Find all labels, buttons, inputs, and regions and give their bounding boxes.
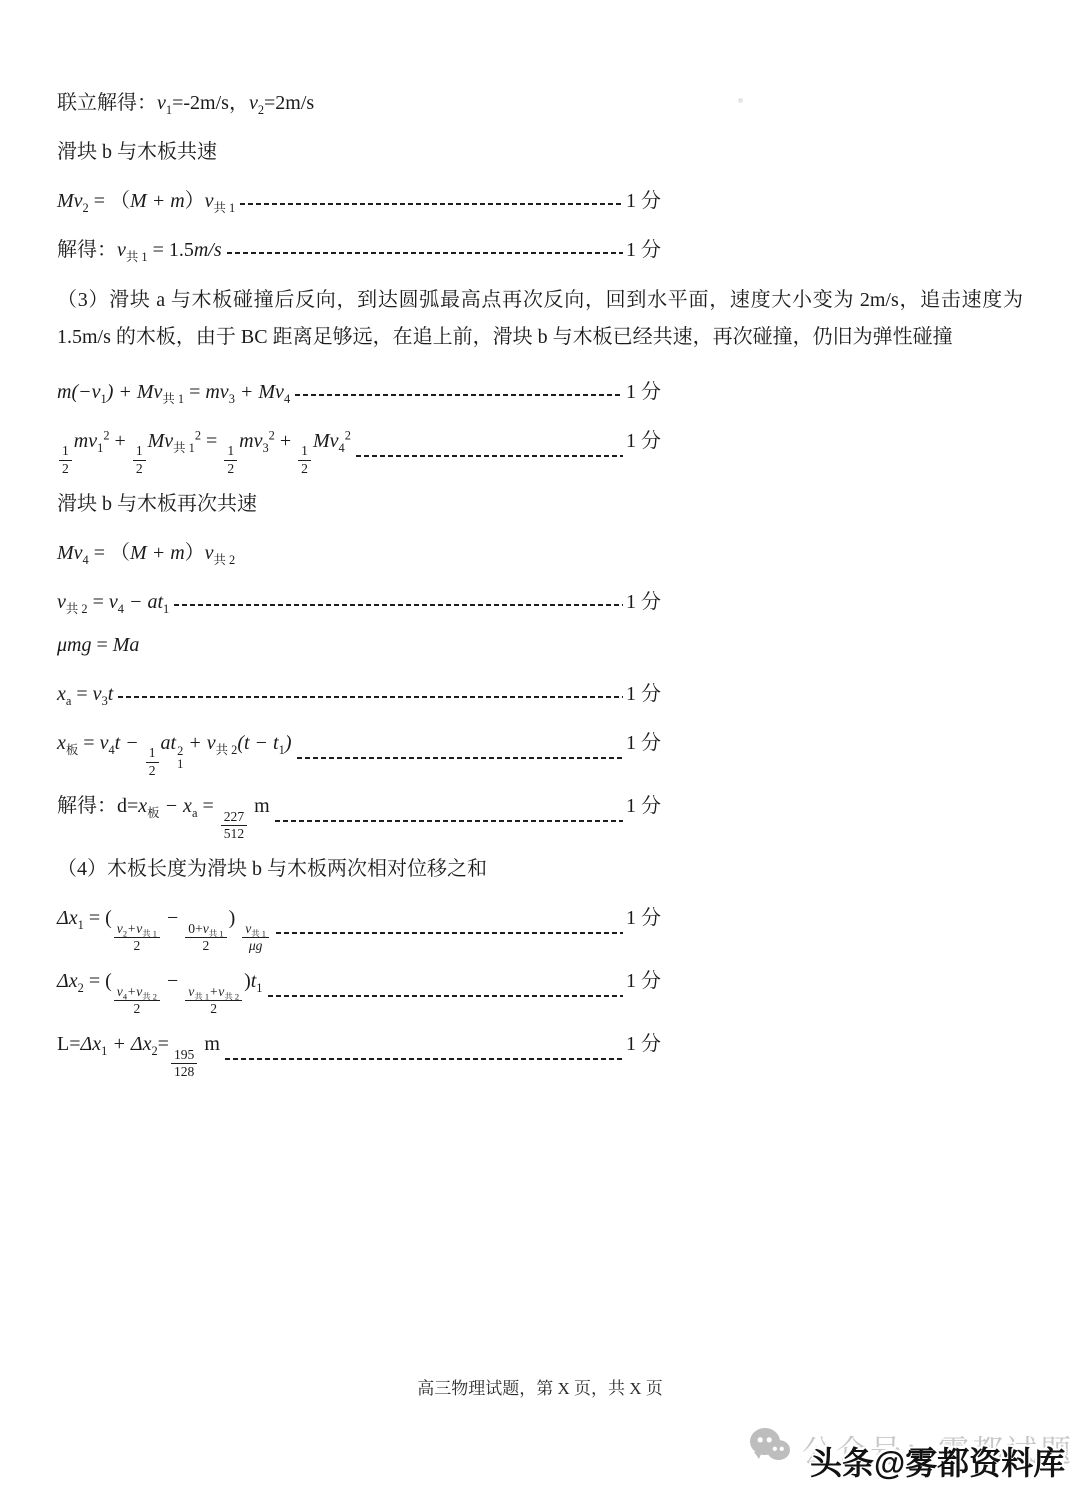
line-label: 解得： xyxy=(57,795,117,817)
fraction-result: 195128 xyxy=(171,1047,197,1081)
math-var: μg xyxy=(249,938,263,953)
score-label: 1 分 xyxy=(626,726,661,755)
math-op: − xyxy=(162,907,183,929)
formula-line-mv4: Mv4 = （M + m）v共 2 xyxy=(57,536,1023,565)
math-var: Δx xyxy=(57,907,78,929)
math-superscript: 2 xyxy=(345,428,351,442)
formula: x板 = v4t − 12at21 + v共 2(t − t1) xyxy=(57,732,292,779)
math-var: Mv xyxy=(313,430,339,452)
formula-line-mv2: Mv2 = （M + m）v共 1 1 分 xyxy=(57,184,661,213)
math-op: ) xyxy=(244,970,251,992)
mixed-line: 联立解得：v1=-2m/s，v2=2m/s xyxy=(57,86,314,115)
formula: Δx1 = (v2+v共 12 − 0+v共 12) v共 1μg xyxy=(57,907,271,954)
dash-leader xyxy=(356,455,623,457)
math-unit: m xyxy=(249,795,270,817)
math-var: Δx xyxy=(81,1033,102,1055)
math-var: ) xyxy=(285,732,292,754)
paren-open: （ xyxy=(110,190,130,212)
math-op: = xyxy=(158,1033,169,1055)
math-subscript: 4 xyxy=(338,441,344,455)
math-segment: L= xyxy=(57,1033,81,1055)
math-op: = xyxy=(88,591,109,613)
document-page: 联立解得：v1=-2m/s，v2=2m/s 滑块 b 与木板共速 Mv2 = （… xyxy=(0,0,1080,1495)
math-var: x xyxy=(57,732,66,754)
fraction-numerator: 195 xyxy=(171,1047,197,1064)
math-var: v xyxy=(205,542,214,564)
text-line: 滑块 b 与木板再次共速 xyxy=(57,487,257,516)
score-label: 1 分 xyxy=(626,233,661,262)
formula-line-distance: 解得：d=x板 − xa = 227512 m 1 分 xyxy=(57,789,661,842)
math-var: +v xyxy=(209,984,224,999)
dash-leader xyxy=(174,604,623,606)
dash-leader xyxy=(275,820,623,822)
fraction-numerator: 0+v共 1 xyxy=(185,921,226,938)
math-op: = ( xyxy=(84,970,112,992)
fraction-denominator: 2 xyxy=(224,461,237,477)
math-subscript: 共 1 xyxy=(126,250,148,264)
fraction-denominator: 2 xyxy=(131,1001,144,1017)
math-subscript: 共 2 xyxy=(224,991,239,1001)
dash-leader xyxy=(276,932,623,934)
math-var: v xyxy=(117,239,126,261)
dash-leader xyxy=(118,696,623,698)
math-segment: d= xyxy=(117,795,138,817)
score-label: 1 分 xyxy=(626,375,661,404)
fraction-denominator: 2 xyxy=(200,938,213,954)
text-line-part4: （4）木板长度为滑块 b 与木板两次相对位移之和 xyxy=(57,852,1023,881)
fraction-term1: v4+v共 22 xyxy=(114,984,160,1018)
math-op: − xyxy=(162,970,183,992)
formula-line-xa: xa = v3t 1 分 xyxy=(57,677,661,706)
math-var: t xyxy=(108,683,114,705)
fraction-term3: v共 1μg xyxy=(242,921,269,955)
paren-close: ） xyxy=(185,542,205,564)
fraction-denominator: 512 xyxy=(221,826,247,842)
fraction-numerator: 227 xyxy=(221,809,247,826)
fraction-denominator: 2 xyxy=(59,461,72,477)
fraction-half: 12 xyxy=(298,443,311,477)
score-label: 1 分 xyxy=(626,585,661,614)
math-op: = xyxy=(197,795,218,817)
formula: Δx2 = (v4+v共 22 − v共 1+v共 22)t1 xyxy=(57,970,263,1017)
math-var: Mv xyxy=(148,430,174,452)
math-var: Mv xyxy=(57,190,83,212)
math-unit: m/s xyxy=(194,239,222,261)
math-subscript: 板 xyxy=(147,806,159,820)
formula: m(−v1) + Mv共 1 = mv3 + Mv4 xyxy=(57,381,290,404)
formula: L=Δx1 + Δx2=195128 m xyxy=(57,1033,220,1080)
math-subscript: 共 1 xyxy=(162,392,184,406)
math-var: M + m xyxy=(130,190,185,212)
formula: 解得：d=x板 − xa = 227512 m xyxy=(57,789,270,842)
math-var: Δx xyxy=(57,970,78,992)
math-op: + xyxy=(275,430,296,452)
score-label: 1 分 xyxy=(626,677,661,706)
formula-line-dx1: Δx1 = (v2+v共 12 − 0+v共 12) v共 1μg 1 分 xyxy=(57,901,661,954)
paren-open: （ xyxy=(110,542,130,564)
comma: ， xyxy=(229,92,249,114)
score-label: 1 分 xyxy=(626,789,661,818)
chat-bubble-small xyxy=(767,1440,790,1460)
math-var: μmg xyxy=(57,634,91,656)
score-label: 1 分 xyxy=(626,901,661,930)
math-var: v xyxy=(205,190,214,212)
math-var: x xyxy=(57,683,66,705)
math-var: v xyxy=(93,683,102,705)
math-op: = 1.5 xyxy=(148,239,194,261)
math-var: ) + Mv xyxy=(107,381,163,403)
math-segment: 0+ xyxy=(188,921,202,936)
fraction-half: 12 xyxy=(146,745,159,779)
math-var: +v xyxy=(127,984,142,999)
fraction-numerator: v共 1 xyxy=(242,921,269,938)
fraction-denominator: μg xyxy=(246,938,266,954)
math-op: = xyxy=(89,190,110,212)
math-var: +v xyxy=(127,921,142,936)
score-label: 1 分 xyxy=(626,964,661,993)
math-subscript: 共 2 xyxy=(216,743,238,757)
formula-line-xban: x板 = v4t − 12at21 + v共 2(t − t1) 1 分 xyxy=(57,726,661,779)
formula-line-dx2: Δx2 = (v4+v共 22 − v共 1+v共 22)t1 1 分 xyxy=(57,964,661,1017)
fraction-denominator: 2 xyxy=(146,763,159,779)
math-subscript: 共 1 xyxy=(142,928,157,938)
math-subscript: 共 1 xyxy=(194,991,209,1001)
fraction-numerator: 1 xyxy=(146,745,159,762)
math-segment: =-2m/s xyxy=(172,92,229,114)
math-op: = xyxy=(89,542,110,564)
math-var: + Δx xyxy=(107,1033,151,1055)
dash-leader xyxy=(227,252,623,254)
dash-leader xyxy=(295,394,623,396)
paragraph-part3: （3）滑块 a 与木板碰撞后反向，到达圆弧最高点再次反向，回到水平面，速度大小变… xyxy=(57,282,1023,356)
math-var: − x xyxy=(160,795,192,817)
fraction-numerator: v共 1+v共 2 xyxy=(185,984,242,1001)
math-subscript: 共 1 xyxy=(209,928,224,938)
dash-leader xyxy=(240,203,623,205)
math-var: v xyxy=(57,591,66,613)
dash-leader xyxy=(225,1058,623,1060)
math-op: = xyxy=(91,634,112,656)
math-subscript: 共 1 xyxy=(214,201,236,215)
math-subscript: 共 1 xyxy=(251,928,266,938)
math-var: Mv xyxy=(57,542,83,564)
text-line-solve: 联立解得：v1=-2m/s，v2=2m/s xyxy=(57,86,1023,115)
fraction-denominator: 2 xyxy=(133,461,146,477)
fraction-numerator: 1 xyxy=(133,443,146,460)
dash-leader xyxy=(268,995,624,997)
text-line-common-speed: 滑块 b 与木板共速 xyxy=(57,135,1023,164)
formula-line-friction: μmg = Ma xyxy=(57,634,1023,657)
math-subscript: 共 1 xyxy=(173,441,195,455)
line-label: 联立解得： xyxy=(57,92,157,114)
math-subscript: 1 xyxy=(97,441,103,455)
formula: Mv2 = （M + m）v共 1 xyxy=(57,184,235,213)
math-var: v xyxy=(109,591,118,613)
math-var: x xyxy=(138,795,147,817)
math-var: (t − t xyxy=(237,732,278,754)
fraction-result: 227512 xyxy=(221,809,247,843)
text-line-common-speed-again: 滑块 b 与木板再次共速 xyxy=(57,487,1023,516)
text-line: 滑块 b 与木板共速 xyxy=(57,135,217,164)
fraction-denominator: 128 xyxy=(171,1064,197,1080)
math-subscript: 4 xyxy=(284,392,290,406)
fraction-term1: v2+v共 12 xyxy=(114,921,160,955)
formula-line-vcommon2: v共 2 = v4 − at1 1 分 xyxy=(57,585,661,614)
math-var: + Mv xyxy=(235,381,284,403)
math-op: + xyxy=(110,430,131,452)
formula: 解得：v共 1 = 1.5m/s xyxy=(57,233,222,262)
fraction-numerator: v4+v共 2 xyxy=(114,984,160,1001)
wechat-icon xyxy=(750,1428,798,1470)
math-subscript: 1 xyxy=(177,758,183,771)
math-subscript: 1 xyxy=(256,981,262,995)
formula: xa = v3t xyxy=(57,683,113,706)
watermark-black-text: 头条@雾都资料库 xyxy=(810,1438,1065,1484)
formula: v共 2 = v4 − at1 xyxy=(57,591,169,614)
math-subscript: 3 xyxy=(262,441,268,455)
formula: Mv4 = （M + m）v共 2 xyxy=(57,536,235,565)
math-op: = xyxy=(78,732,99,754)
fraction-numerator: 1 xyxy=(59,443,72,460)
score-label: 1 分 xyxy=(626,1027,661,1056)
formula-line-v-common1: 解得：v共 1 = 1.5m/s 1 分 xyxy=(57,233,661,262)
math-op: = xyxy=(201,430,222,452)
math-subscript: 共 2 xyxy=(214,553,236,567)
fraction-term2: 0+v共 12 xyxy=(185,921,226,955)
page-footer: 高三物理试题，第 X 页，共 X 页 xyxy=(0,1374,1080,1399)
math-subscript: 共 2 xyxy=(66,602,88,616)
math-op: = ( xyxy=(84,907,112,929)
math-var: m(−v xyxy=(57,381,100,403)
text-line: （4）木板长度为滑块 b 与木板两次相对位移之和 xyxy=(57,852,487,881)
math-var: t − xyxy=(115,732,144,754)
score-label: 1 分 xyxy=(626,184,661,213)
math-var: M + m xyxy=(130,542,185,564)
score-label: 1 分 xyxy=(626,424,661,453)
watermark: 公众号：雾都试题 头条@雾都资料库 xyxy=(744,1420,1080,1490)
footer-text: 高三物理试题，第 X 页，共 X 页 xyxy=(417,1379,663,1398)
line-label: 解得： xyxy=(57,239,117,261)
fraction-half: 12 xyxy=(224,443,237,477)
dash-leader xyxy=(297,757,624,759)
answer-content: 联立解得：v1=-2m/s，v2=2m/s 滑块 b 与木板共速 Mv2 = （… xyxy=(57,86,1023,1090)
formula: μmg = Ma xyxy=(57,634,139,657)
math-op: = xyxy=(71,683,92,705)
fraction-half: 12 xyxy=(59,443,72,477)
math-var: + v xyxy=(183,732,215,754)
fraction-numerator: v2+v共 1 xyxy=(114,921,160,938)
math-subscript: 共 2 xyxy=(142,991,157,1001)
math-var: − at xyxy=(124,591,163,613)
math-var: at xyxy=(161,732,177,754)
fraction-term2: v共 1+v共 22 xyxy=(185,984,242,1018)
math-var: mv xyxy=(239,430,262,452)
formula: 12mv12 + 12Mv共 12 = 12mv32 + 12Mv42 xyxy=(57,430,351,477)
fraction-numerator: 1 xyxy=(224,443,237,460)
math-subscript: 1 xyxy=(163,602,169,616)
math-op: = xyxy=(184,381,205,403)
fraction-denominator: 2 xyxy=(298,461,311,477)
math-var: Ma xyxy=(113,634,140,656)
math-subscript: 板 xyxy=(66,743,78,757)
math-var: v xyxy=(157,92,166,114)
math-unit: m xyxy=(199,1033,220,1055)
paragraph-text: （3）滑块 a 与木板碰撞后反向，到达圆弧最高点再次反向，回到水平面，速度大小变… xyxy=(57,289,1023,348)
math-var: mv xyxy=(205,381,228,403)
math-op: ) xyxy=(229,907,241,929)
formula-line-energy: 12mv12 + 12Mv共 12 = 12mv32 + 12Mv42 1 分 xyxy=(57,424,661,477)
formula-line-length: L=Δx1 + Δx2=195128 m 1 分 xyxy=(57,1027,661,1080)
fraction-denominator: 2 xyxy=(131,938,144,954)
fraction-denominator: 2 xyxy=(207,1001,220,1017)
math-var: v xyxy=(249,92,258,114)
formula-line-momentum2: m(−v1) + Mv共 1 = mv3 + Mv4 1 分 xyxy=(57,375,661,404)
fraction-half: 12 xyxy=(133,443,146,477)
math-var: mv xyxy=(74,430,97,452)
paren-close: ） xyxy=(185,190,205,212)
fraction-numerator: 1 xyxy=(298,443,311,460)
math-segment: =2m/s xyxy=(264,92,314,114)
